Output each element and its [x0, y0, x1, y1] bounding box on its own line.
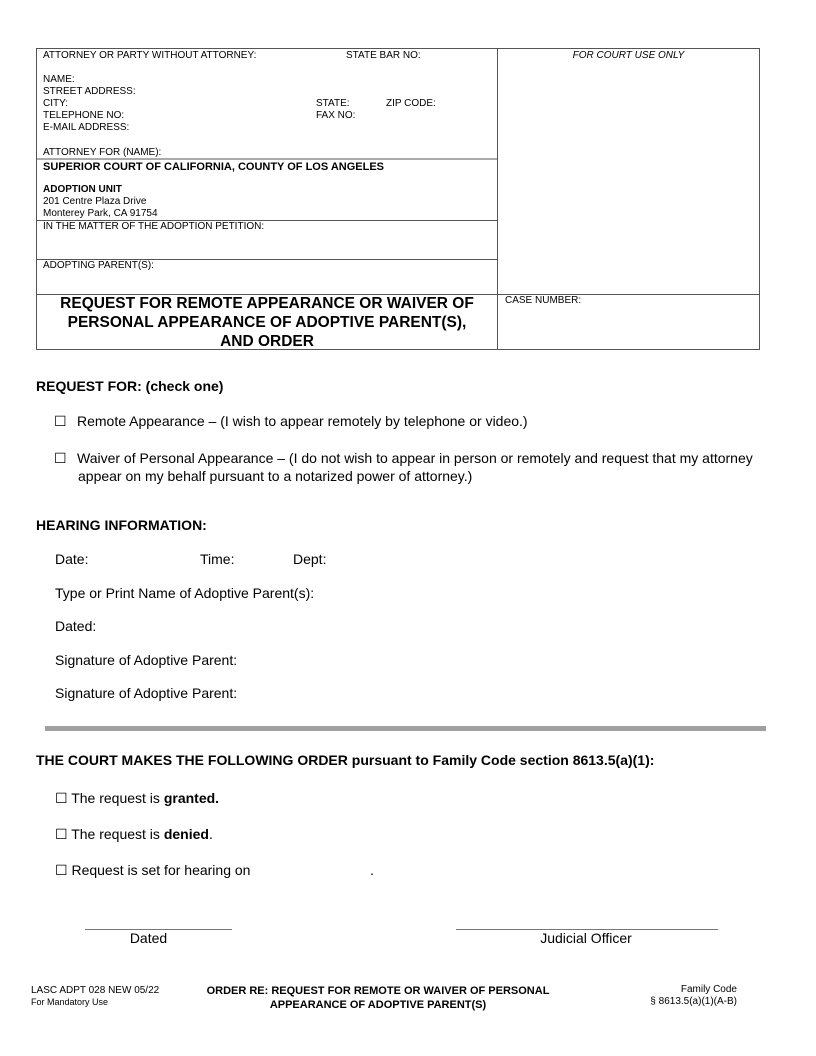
order-hearing-checkbox[interactable]: ☐ [55, 862, 68, 878]
adoption-petition-field-label[interactable]: IN THE MATTER OF THE ADOPTION PETITION: [43, 221, 264, 233]
hearing-dept-label[interactable]: Dept: [293, 551, 326, 567]
adopting-parents-field-label[interactable]: ADOPTING PARENT(S): [43, 260, 154, 272]
court-address-line1: 201 Centre Plaza Drive [43, 196, 146, 208]
attorney-section-divider [37, 158, 497, 160]
mandatory-use-note: For Mandatory Use [31, 997, 108, 1007]
print-name-label[interactable]: Type or Print Name of Adoptive Parent(s)… [55, 585, 314, 601]
footer-title-line2: APPEARANCE OF ADOPTIVE PARENT(S) [180, 998, 576, 1012]
form-title-line2: PERSONAL APPEARANCE OF ADOPTIVE PARENT(S… [37, 313, 497, 332]
footer-title-line1: ORDER RE: REQUEST FOR REMOTE OR WAIVER O… [180, 984, 576, 998]
order-denied-suffix: . [209, 826, 213, 842]
order-hearing-label: Request is set for hearing on [71, 862, 250, 878]
order-denied-checkbox[interactable]: ☐ [55, 826, 68, 842]
caption-column-divider [497, 48, 498, 350]
attorney-label: ATTORNEY OR PARTY WITHOUT ATTORNEY: [43, 50, 256, 62]
section-separator [45, 726, 766, 731]
order-dated-caption: Dated [85, 930, 212, 946]
state-field-label[interactable]: STATE: [316, 98, 350, 110]
request-heading: REQUEST FOR: (check one) [36, 378, 223, 394]
order-hearing-period: . [370, 862, 374, 878]
order-denied-prefix: The request is [71, 826, 164, 842]
family-code-line1: Family Code [630, 984, 737, 996]
order-denied-bold: denied [164, 826, 209, 842]
order-granted-option[interactable]: ☐ The request is granted. [55, 790, 219, 807]
city-field-label[interactable]: CITY: [43, 98, 68, 110]
order-granted-checkbox[interactable]: ☐ [55, 790, 68, 806]
form-title-line3: AND ORDER [37, 332, 497, 351]
fax-field-label[interactable]: FAX NO: [316, 110, 355, 122]
order-heading: THE COURT MAKES THE FOLLOWING ORDER purs… [36, 752, 654, 768]
form-title: REQUEST FOR REMOTE APPEARANCE OR WAIVER … [37, 294, 497, 351]
family-code-line2: § 8613.5(a)(1)(A-B) [630, 996, 737, 1008]
waiver-appearance-checkbox[interactable]: ☐ [54, 449, 72, 467]
remote-appearance-checkbox[interactable]: ☐ [54, 413, 72, 430]
hearing-heading: HEARING INFORMATION: [36, 517, 207, 533]
family-code-reference: Family Code § 8613.5(a)(1)(A-B) [630, 984, 737, 1008]
dated-label[interactable]: Dated: [55, 618, 96, 634]
waiver-appearance-label-line1: Waiver of Personal Appearance – (I do no… [77, 450, 753, 466]
hearing-time-label[interactable]: Time: [200, 551, 234, 567]
court-name: SUPERIOR COURT OF CALIFORNIA, COUNTY OF … [43, 161, 384, 173]
court-address-line2: Monterey Park, CA 91754 [43, 208, 158, 220]
signature-parent1-label[interactable]: Signature of Adoptive Parent: [55, 652, 237, 668]
hearing-date-label[interactable]: Date: [55, 551, 88, 567]
order-hearing-option[interactable]: ☐ Request is set for hearing on [55, 862, 250, 879]
street-address-field-label[interactable]: STREET ADDRESS: [43, 86, 136, 98]
telephone-field-label[interactable]: TELEPHONE NO: [43, 110, 124, 122]
judicial-officer-caption: Judicial Officer [456, 930, 716, 946]
order-granted-prefix: The request is [71, 790, 164, 806]
footer-title: ORDER RE: REQUEST FOR REMOTE OR WAIVER O… [180, 984, 576, 1012]
signature-parent2-label[interactable]: Signature of Adoptive Parent: [55, 685, 237, 701]
waiver-appearance-option[interactable]: ☐Waiver of Personal Appearance – (I do n… [54, 449, 804, 485]
name-field-label[interactable]: NAME: [43, 74, 75, 86]
order-heading-bold: THE COURT MAKES THE FOLLOWING ORDER [36, 752, 348, 768]
form-title-line1: REQUEST FOR REMOTE APPEARANCE OR WAIVER … [37, 294, 497, 313]
email-field-label[interactable]: E-MAIL ADDRESS: [43, 122, 129, 134]
order-granted-bold: granted. [164, 790, 219, 806]
order-heading-rest: pursuant to Family Code section 8613.5(a… [348, 752, 655, 768]
form-number: LASC ADPT 028 NEW 05/22 [31, 985, 159, 996]
court-use-only-label: FOR COURT USE ONLY [497, 50, 760, 62]
remote-appearance-option[interactable]: ☐Remote Appearance – (I wish to appear r… [54, 413, 528, 430]
remote-appearance-label: Remote Appearance – (I wish to appear re… [77, 413, 528, 429]
state-bar-label: STATE BAR NO: [346, 50, 421, 62]
unit-name: ADOPTION UNIT [43, 184, 122, 196]
zip-code-field-label[interactable]: ZIP CODE: [386, 98, 436, 110]
waiver-appearance-label-line2: appear on my behalf pursuant to a notari… [54, 467, 804, 485]
order-denied-option[interactable]: ☐ The request is denied. [55, 826, 213, 843]
case-number-field-label[interactable]: CASE NUMBER: [505, 295, 581, 307]
